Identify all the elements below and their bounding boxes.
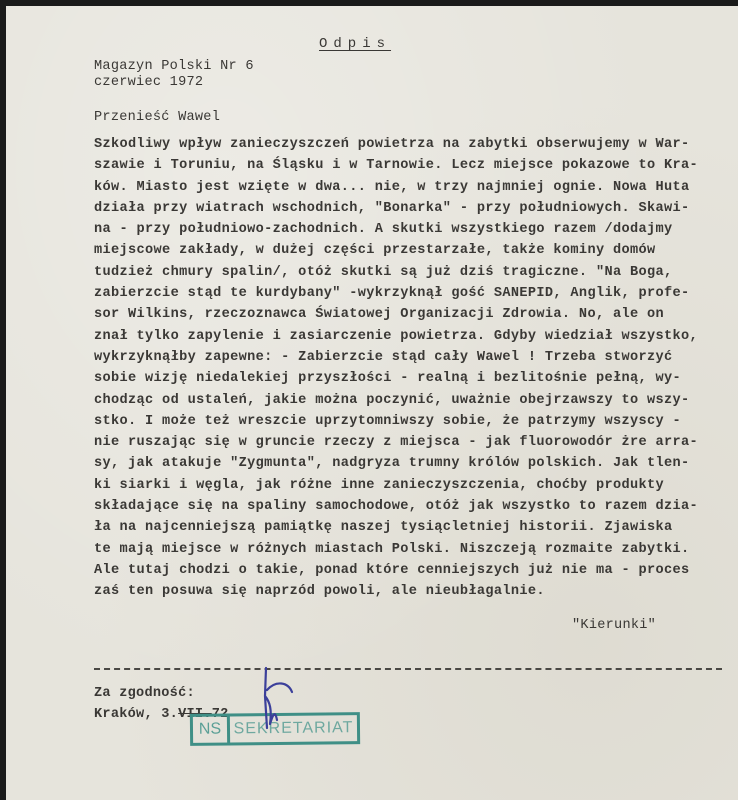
publication-date: czerwiec 1972 bbox=[94, 75, 203, 90]
body-line: Ale tutaj chodzi o takie, ponad które ce… bbox=[94, 560, 698, 581]
handwritten-signature-icon bbox=[246, 666, 296, 746]
stamp-left-label: NS bbox=[193, 716, 230, 742]
conformity-label: Za zgodność: bbox=[94, 686, 195, 701]
article-body: Szkodliwy wpływ zanieczyszczeń powietrza… bbox=[94, 134, 698, 603]
body-line: znał tylko zapylenie i zasiarczenie powi… bbox=[94, 326, 698, 347]
document-page: Odpis Magazyn Polski Nr 6 czerwiec 1972 … bbox=[6, 6, 738, 800]
document-title: Odpis bbox=[319, 36, 391, 52]
body-line: ki siarki i węgla, jak różne inne zaniec… bbox=[94, 475, 698, 496]
body-line: nie ruszając się w gruncie rzeczy z miej… bbox=[94, 432, 698, 453]
body-line: sor Wilkins, rzeczoznawca Światowej Orga… bbox=[94, 304, 698, 325]
body-line: działa przy wiatrach wschodnich, "Bonark… bbox=[94, 198, 698, 219]
place-date-prefix: Kraków, 3. bbox=[94, 707, 178, 722]
body-line: szawie i Toruniu, na Śląsku i w Tarnowie… bbox=[94, 155, 698, 176]
body-line: sy, jak atakuje "Zygmunta", nadgryza tru… bbox=[94, 453, 698, 474]
body-line: tudzież chmury spalin/, otóż skutki są j… bbox=[94, 262, 698, 283]
body-line: chodząc od ustaleń, jakie można poczynić… bbox=[94, 390, 698, 411]
body-line: Szkodliwy wpływ zanieczyszczeń powietrza… bbox=[94, 134, 698, 155]
dashed-divider bbox=[94, 668, 722, 670]
body-line: te mają miejsce w różnych miastach Polsk… bbox=[94, 539, 698, 560]
body-line: stko. I może też wreszcie uprzytomniwszy… bbox=[94, 411, 698, 432]
body-line: miejscowe zakłady, w dużej części przest… bbox=[94, 240, 698, 261]
body-line: ła na najcenniejszą pamiątkę naszej tysi… bbox=[94, 517, 698, 538]
publication-name: Magazyn Polski Nr 6 bbox=[94, 59, 254, 74]
body-line: składające się na spaliny samochodowe, o… bbox=[94, 496, 698, 517]
body-line: wykrzyknąłby zapewne: - Zabierzcie stąd … bbox=[94, 347, 698, 368]
body-line: zaś ten posuwa się naprzód powoli, ale n… bbox=[94, 581, 698, 602]
source-attribution: "Kierunki" bbox=[572, 618, 656, 633]
article-heading: Przenieść Wawel bbox=[94, 110, 220, 125]
body-line: na - przy południowo-zachodnich. A skutk… bbox=[94, 219, 698, 240]
body-line: sobie wizję niedalekiej przyszłości - re… bbox=[94, 368, 698, 389]
body-line: zabierzcie stąd te kurdybany" -wykrzykną… bbox=[94, 283, 698, 304]
body-line: ków. Miasto jest wzięte w dwa... nie, w … bbox=[94, 177, 698, 198]
